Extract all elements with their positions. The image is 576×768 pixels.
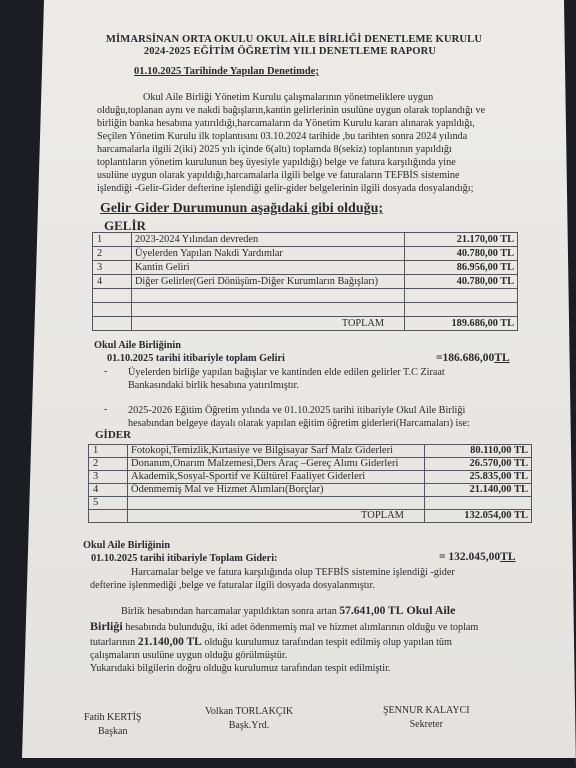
expense-total-value: = 132.045,00 bbox=[439, 551, 500, 563]
gelir-total-row: TOPLAM189.686,00 TL bbox=[93, 317, 518, 331]
gider-row: 5 bbox=[89, 497, 532, 510]
gelir-cell-description: Diğer Gelirler(Geri Dönüşüm-Diğer Kuruml… bbox=[132, 275, 405, 289]
signature-secretary: ŞENNUR KALAYCI Sekreter bbox=[383, 704, 470, 732]
note-line: Harcamalar belge ve fatura karşılığında … bbox=[90, 566, 455, 579]
signature-president: Fatih KERTİŞ Başkan bbox=[84, 711, 141, 739]
gider-row: 3Akademik,Sosyal-Sportif ve Kültürel Faa… bbox=[89, 471, 532, 484]
intro-line: işlendiği -Gelir-Gider defterine işlendi… bbox=[97, 182, 485, 195]
expense-summary-line2: 01.10.2025 tarihi itibariyle Toplam Gide… bbox=[91, 553, 278, 564]
gelir-cell-description: Üyelerden Yapılan Nakdi Yardımlar bbox=[132, 247, 405, 261]
intro-line: harcamalarla ilgili 2(iki) 2025 yılı içi… bbox=[97, 143, 485, 156]
report-title-line1: MİMARSİNAN ORTA OKULU OKUL AİLE BİRLİĞİ … bbox=[6, 34, 576, 45]
income-summary-line2: 01.10.2025 tarihi itibariyle toplam Geli… bbox=[107, 353, 285, 364]
gelir-cell-no: 4 bbox=[93, 275, 132, 289]
gelir-cell-description bbox=[132, 289, 405, 303]
gider-row: 4Ödenmemiş Mal ve Hizmet Alımları(Borçla… bbox=[89, 484, 532, 497]
gelir-cell-amount: 86.956,00 TL bbox=[405, 261, 518, 275]
inspection-date-heading: 01.10.2025 Tarihinde Yapılan Denetimde; bbox=[134, 66, 319, 77]
expense-currency: TL bbox=[500, 551, 515, 563]
gelir-cell-amount: 21.170,00 TL bbox=[405, 233, 518, 247]
intro-line: Okul Aile Birliği Yönetim Kurulu çalışma… bbox=[97, 91, 485, 104]
note-line: hesabından belgeye dayalı olarak yapılan… bbox=[128, 417, 470, 430]
gider-cell-amount: 80.110,00 TL bbox=[425, 445, 532, 458]
note-line: 2025-2026 Eğitim Öğretim yılında ve 01.1… bbox=[128, 404, 470, 417]
note-line: Bankasındaki birlik hesabına yatırılmışt… bbox=[128, 379, 445, 392]
gider-cell-description: Ödenmemiş Mal ve Hizmet Alımları(Borçlar… bbox=[128, 484, 425, 497]
gelir-cell-no: 1 bbox=[93, 233, 132, 247]
expense-summary-line1: Okul Aile Birliğinin bbox=[83, 540, 170, 551]
income-table: 12023-2024 Yılından devreden21.170,00 TL… bbox=[92, 232, 518, 331]
gelir-cell-no: 3 bbox=[93, 261, 132, 275]
gelir-row bbox=[93, 303, 518, 317]
gelir-cell-description: Kantin Geliri bbox=[132, 261, 405, 275]
gider-total-row: TOPLAM132.054,00 TL bbox=[89, 510, 532, 523]
gider-cell-no: 1 bbox=[89, 445, 128, 458]
gider-cell-amount: 25.835,00 TL bbox=[425, 471, 532, 484]
income-total-value: =186.686,00 bbox=[436, 352, 494, 364]
expense-note: Harcamalar belge ve fatura karşılığında … bbox=[90, 566, 455, 592]
gider-total-label: TOPLAM bbox=[128, 510, 425, 523]
gelir-cell-amount: 40.780,00 TL bbox=[405, 275, 518, 289]
unpaid-total: 21.140,00 TL bbox=[138, 636, 202, 648]
gider-cell-amount: 21.140,00 TL bbox=[425, 484, 532, 497]
intro-line: usulüne uygun olarak yapıldığı,harcamala… bbox=[97, 169, 485, 182]
expense-summary-value: = 132.045,00TL bbox=[439, 551, 516, 563]
intro-line: olduğu,toplanan aynı ve nakdi bağışların… bbox=[97, 104, 485, 117]
income-expense-heading: Gelir Gider Durumunun aşağıdaki gibi old… bbox=[100, 201, 383, 217]
intro-paragraph: Okul Aile Birliği Yönetim Kurulu çalışma… bbox=[97, 91, 485, 195]
expense-label: GİDER bbox=[95, 429, 131, 441]
conclusion-line: Yukarıdaki bilgilerin doğru olduğu kurul… bbox=[90, 662, 478, 675]
gelir-row: 3Kantin Geliri86.956,00 TL bbox=[93, 261, 518, 275]
income-currency: TL bbox=[494, 352, 509, 364]
gelir-cell-no bbox=[93, 289, 132, 303]
gelir-cell-no: 2 bbox=[93, 247, 132, 261]
conclusion-line: çalışmaların usulüne uygun olduğu görülm… bbox=[90, 650, 478, 662]
signature-vice-president: Volkan TORLAKÇIK Başk.Yrd. bbox=[205, 705, 293, 733]
bank-deposit-note: Üyelerden birliğe yapılan bağışlar ve ka… bbox=[128, 366, 445, 392]
income-summary-line1: Okul Aile Birliğinin bbox=[94, 340, 181, 351]
gider-total-amount: 132.054,00 TL bbox=[425, 510, 532, 523]
gider-row: 1Fotokopi,Temizlik,Kırtasiye ve Bilgisay… bbox=[89, 445, 532, 458]
gelir-cell-description bbox=[132, 303, 405, 317]
gider-cell-no: 4 bbox=[89, 484, 128, 497]
gider-cell-no: 3 bbox=[89, 471, 128, 484]
remaining-balance: 57.641,00 TL bbox=[339, 605, 403, 617]
gider-cell-description: Akademik,Sosyal-Sportif ve Kültürel Faal… bbox=[128, 471, 425, 484]
expense-intro-note: 2025-2026 Eğitim Öğretim yılında ve 01.1… bbox=[128, 404, 470, 430]
gelir-row: 2Üyelerden Yapılan Nakdi Yardımlar40.780… bbox=[93, 247, 518, 261]
gelir-cell-amount bbox=[405, 289, 518, 303]
bullet-mark: - bbox=[104, 366, 107, 377]
intro-line: birliğin banka hesabına yatırıldığı,harc… bbox=[97, 117, 485, 130]
intro-line: Seçilen Yönetim Kurulu ilk toplantısını … bbox=[97, 130, 485, 143]
intro-line: toplantıların yönetim kurulunun beş üyes… bbox=[97, 156, 485, 169]
gider-row: 2Donanım,Onarım Malzemesi,Ders Araç –Ger… bbox=[89, 458, 532, 471]
conclusion-line: tutarlarının 21.140,00 TL olduğu kurulum… bbox=[90, 635, 478, 650]
gider-cell-amount bbox=[425, 497, 532, 510]
conclusion-line: Birliği hesabında bulunduğu, iki adet öd… bbox=[90, 619, 478, 635]
gider-cell-amount: 26.570,00 TL bbox=[425, 458, 532, 471]
gider-cell-description: Donanım,Onarım Malzemesi,Ders Araç –Gere… bbox=[128, 458, 425, 471]
gider-cell-description bbox=[128, 497, 425, 510]
gider-cell-no: 2 bbox=[89, 458, 128, 471]
income-summary-value: =186.686,00TL bbox=[436, 352, 510, 364]
conclusion-line: Birlik hesabından harcamalar yapıldıktan… bbox=[90, 603, 478, 619]
gelir-cell-amount: 40.780,00 TL bbox=[405, 247, 518, 261]
note-line: Üyelerden birliğe yapılan bağışlar ve ka… bbox=[128, 366, 445, 379]
gelir-cell-amount bbox=[405, 303, 518, 317]
bullet-mark: - bbox=[104, 404, 107, 415]
gelir-row: 4Diğer Gelirler(Geri Dönüşüm-Diğer Kurum… bbox=[93, 275, 518, 289]
gelir-row bbox=[93, 289, 518, 303]
gelir-total-label: TOPLAM bbox=[132, 317, 405, 331]
gelir-cell-no bbox=[93, 303, 132, 317]
gelir-total-amount: 189.686,00 TL bbox=[405, 317, 518, 331]
gelir-row: 12023-2024 Yılından devreden21.170,00 TL bbox=[93, 233, 518, 247]
conclusion-paragraph: Birlik hesabından harcamalar yapıldıktan… bbox=[90, 603, 478, 675]
report-title-line2: 2024-2025 EĞİTİM ÖĞRETİM YILI DENETLEME … bbox=[2, 46, 576, 57]
gider-cell-description: Fotokopi,Temizlik,Kırtasiye ve Bilgisaya… bbox=[128, 445, 425, 458]
gider-cell-no: 5 bbox=[89, 497, 128, 510]
gelir-cell-description: 2023-2024 Yılından devreden bbox=[132, 233, 405, 247]
expense-table: 1Fotokopi,Temizlik,Kırtasiye ve Bilgisay… bbox=[88, 444, 532, 523]
note-line: defterine işlenmediği ,belge ve faturala… bbox=[90, 579, 455, 592]
